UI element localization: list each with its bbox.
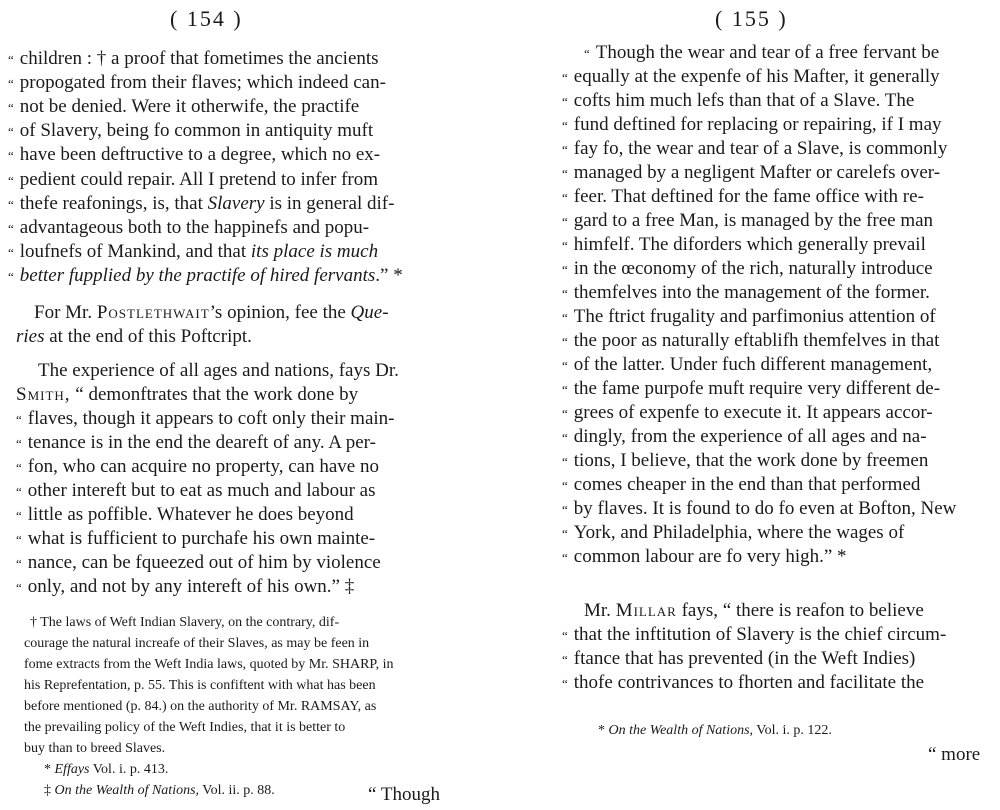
text-line: “what is fufficient to purchafe his own … — [16, 526, 375, 553]
footnote-double-dagger: ‡ On the Wealth of Nations, Vol. ii. p. … — [44, 780, 275, 801]
text-line: “York, and Philadelphia, where the wages… — [562, 520, 904, 547]
text-line: “of the latter. Under fuch different man… — [562, 352, 932, 379]
text-line: “thofe contrivances to fhorten and facil… — [562, 670, 924, 697]
text-line: “in the œconomy of the rich, naturally i… — [562, 256, 933, 283]
footnote-line: courage the natural increafe of their Sl… — [24, 633, 369, 654]
text-line: “flaves, though it appears to coft only … — [16, 406, 395, 433]
footnote-line: his Reprefentation, p. 55. This is confi… — [24, 675, 376, 696]
footnote-star: * Effays Vol. i. p. 413. — [44, 759, 168, 780]
text-line: For Mr. Postlethwait’s opinion, fee the … — [34, 300, 389, 326]
footnote-line: before mentioned (p. 84.) on the authori… — [24, 696, 376, 717]
text-line: “loufnefs of Mankind, and that its place… — [8, 239, 378, 266]
text-line: “cofts him much lefs than that of a Slav… — [562, 88, 914, 115]
text-line: Mr. Millar fays, “ there is reafon to be… — [584, 598, 924, 624]
text-line: “feer. That deftined for the fame office… — [562, 184, 924, 211]
text-line: “thefe reafonings, is, that Slavery is i… — [8, 191, 394, 218]
text-line: “by flaves. It is found to do fo even at… — [562, 496, 956, 523]
text-line: “gard to a free Man, is managed by the f… — [562, 208, 933, 235]
text-line: “other intereft but to eat as much and l… — [16, 478, 375, 505]
text-line: “ftance that has prevented (in the Weft … — [562, 646, 915, 673]
text-line: “dingly, from the experience of all ages… — [562, 424, 927, 451]
text-line: “have been deftructive to a degree, whic… — [8, 142, 380, 169]
right-page: ( 155 ) “Though the wear and tear of a f… — [500, 0, 1000, 810]
text-line: “themfelves into the management of the f… — [562, 280, 930, 307]
text-line: “the fame purpofe muft require very diff… — [562, 376, 940, 403]
text-line: “pedient could repair. All I pretend to … — [8, 167, 378, 194]
text-line: “that the inftitution of Slavery is the … — [562, 622, 946, 649]
catchword: “ more — [928, 744, 980, 766]
text-line: The experience of all ages and nations, … — [38, 358, 399, 384]
text-line: “managed by a negligent Mafter or carele… — [562, 160, 940, 187]
footnote-line: buy than to breed Slaves. — [24, 738, 165, 759]
text-line: “fay fo, the wear and tear of a Slave, i… — [562, 136, 947, 163]
text-line: “of Slavery, being fo common in antiquit… — [8, 118, 373, 145]
text-line: Smith, “ demonftrates that the work done… — [16, 382, 358, 408]
page-number: ( 154 ) — [170, 6, 243, 32]
text-line: “himfelf. The diforders which generally … — [562, 232, 926, 259]
text-line: “Though the wear and tear of a free ferv… — [584, 40, 939, 67]
footnote-line: † The laws of Weft Indian Slavery, on th… — [30, 612, 339, 633]
text-line: “fon, who can acquire no property, can h… — [16, 454, 379, 481]
text-line: “tions, I believe, that the work done by… — [562, 448, 928, 475]
footnote-line: fome extracts from the Weft India laws, … — [24, 654, 394, 675]
text-line: “better fupplied by the practife of hire… — [8, 263, 403, 290]
text-line: “little as poffible. Whatever he does be… — [16, 502, 354, 529]
text-line: “common labour are fo very high.” * — [562, 544, 847, 571]
page-number: ( 155 ) — [715, 6, 788, 32]
text-line: “not be denied. Were it otherwife, the p… — [8, 94, 359, 121]
text-line: “The ftrict frugality and parfimonius at… — [562, 304, 936, 331]
text-line: ries at the end of this Poftcript. — [16, 324, 252, 350]
left-page: ( 154 ) “children : † a proof that fomet… — [0, 0, 500, 810]
text-line: “comes cheaper in the end than that perf… — [562, 472, 920, 499]
footnote-star: * On the Wealth of Nations, Vol. i. p. 1… — [598, 720, 832, 741]
text-line: “grees of expenfe to execute it. It appe… — [562, 400, 933, 427]
text-line: “advantageous both to the happinefs and … — [8, 215, 369, 242]
footnote-line: the prevailing policy of the Weft Indies… — [24, 717, 345, 738]
catchword: “ Though — [368, 784, 440, 806]
text-line: “children : † a proof that fometimes the… — [8, 46, 379, 73]
text-line: “nance, can be fqueezed out of him by vi… — [16, 550, 381, 577]
text-line: “equally at the expenfe of his Mafter, i… — [562, 64, 940, 91]
text-line: “propogated from their flaves; which ind… — [8, 70, 386, 97]
text-line: “fund deftined for replacing or repairin… — [562, 112, 942, 139]
text-line: “only, and not by any intereft of his ow… — [16, 574, 354, 601]
text-line: “tenance is in the end the deareft of an… — [16, 430, 376, 457]
text-line: “the poor as naturally eftablifh themfel… — [562, 328, 939, 355]
